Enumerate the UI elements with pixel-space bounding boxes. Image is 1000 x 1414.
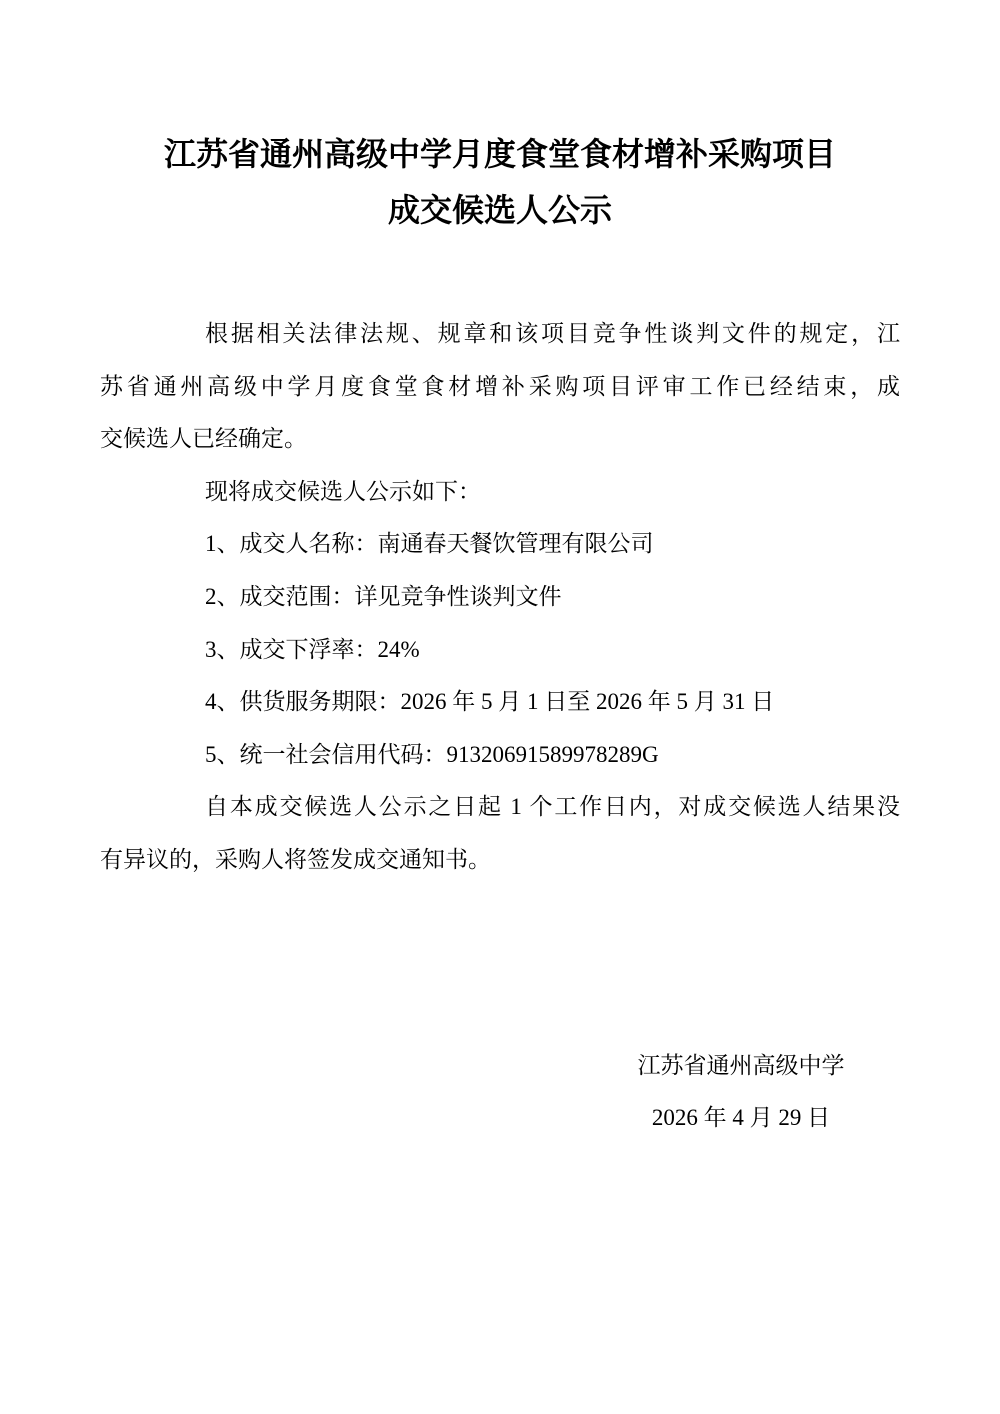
- document-title: 江苏省通州高级中学月度食堂食材增补采购项目 成交候选人公示: [0, 0, 1000, 238]
- list-item-4: 4、供货服务期限：2026 年 5 月 1 日至 2026 年 5 月 31 日: [100, 676, 900, 729]
- intro-paragraph-line-2: 苏省通州高级中学月度食堂食材增补采购项目评审工作已经结束，成: [100, 361, 900, 414]
- list-item-2: 2、成交范围：详见竞争性谈判文件: [100, 571, 900, 624]
- list-item-1: 1、成交人名称：南通春天餐饮管理有限公司: [100, 518, 900, 571]
- announce-lead-line: 现将成交候选人公示如下：: [100, 466, 900, 519]
- document-body: 根据相关法律法规、规章和该项目竞争性谈判文件的规定，江 苏省通州高级中学月度食堂…: [100, 308, 900, 887]
- title-line-1: 江苏省通州高级中学月度食堂食材增补采购项目: [0, 126, 1000, 182]
- closing-paragraph-line-2: 有异议的，采购人将签发成交通知书。: [100, 834, 900, 887]
- document-page: 江苏省通州高级中学月度食堂食材增补采购项目 成交候选人公示 根据相关法律法规、规…: [0, 0, 1000, 1414]
- signature-date: 2026 年 4 月 29 日: [590, 1092, 892, 1145]
- closing-paragraph-line-1: 自本成交候选人公示之日起 1 个工作日内，对成交候选人结果没: [100, 781, 900, 834]
- intro-paragraph-line-3: 交候选人已经确定。: [100, 413, 900, 466]
- signature-name: 江苏省通州高级中学: [590, 1040, 892, 1093]
- signature-block: 江苏省通州高级中学 2026 年 4 月 29 日: [590, 1040, 892, 1145]
- title-line-2: 成交候选人公示: [0, 182, 1000, 238]
- list-item-3: 3、成交下浮率：24%: [100, 624, 900, 677]
- list-item-5: 5、统一社会信用代码：91320691589978289G: [100, 729, 900, 782]
- intro-paragraph-line-1: 根据相关法律法规、规章和该项目竞争性谈判文件的规定，江: [100, 308, 900, 361]
